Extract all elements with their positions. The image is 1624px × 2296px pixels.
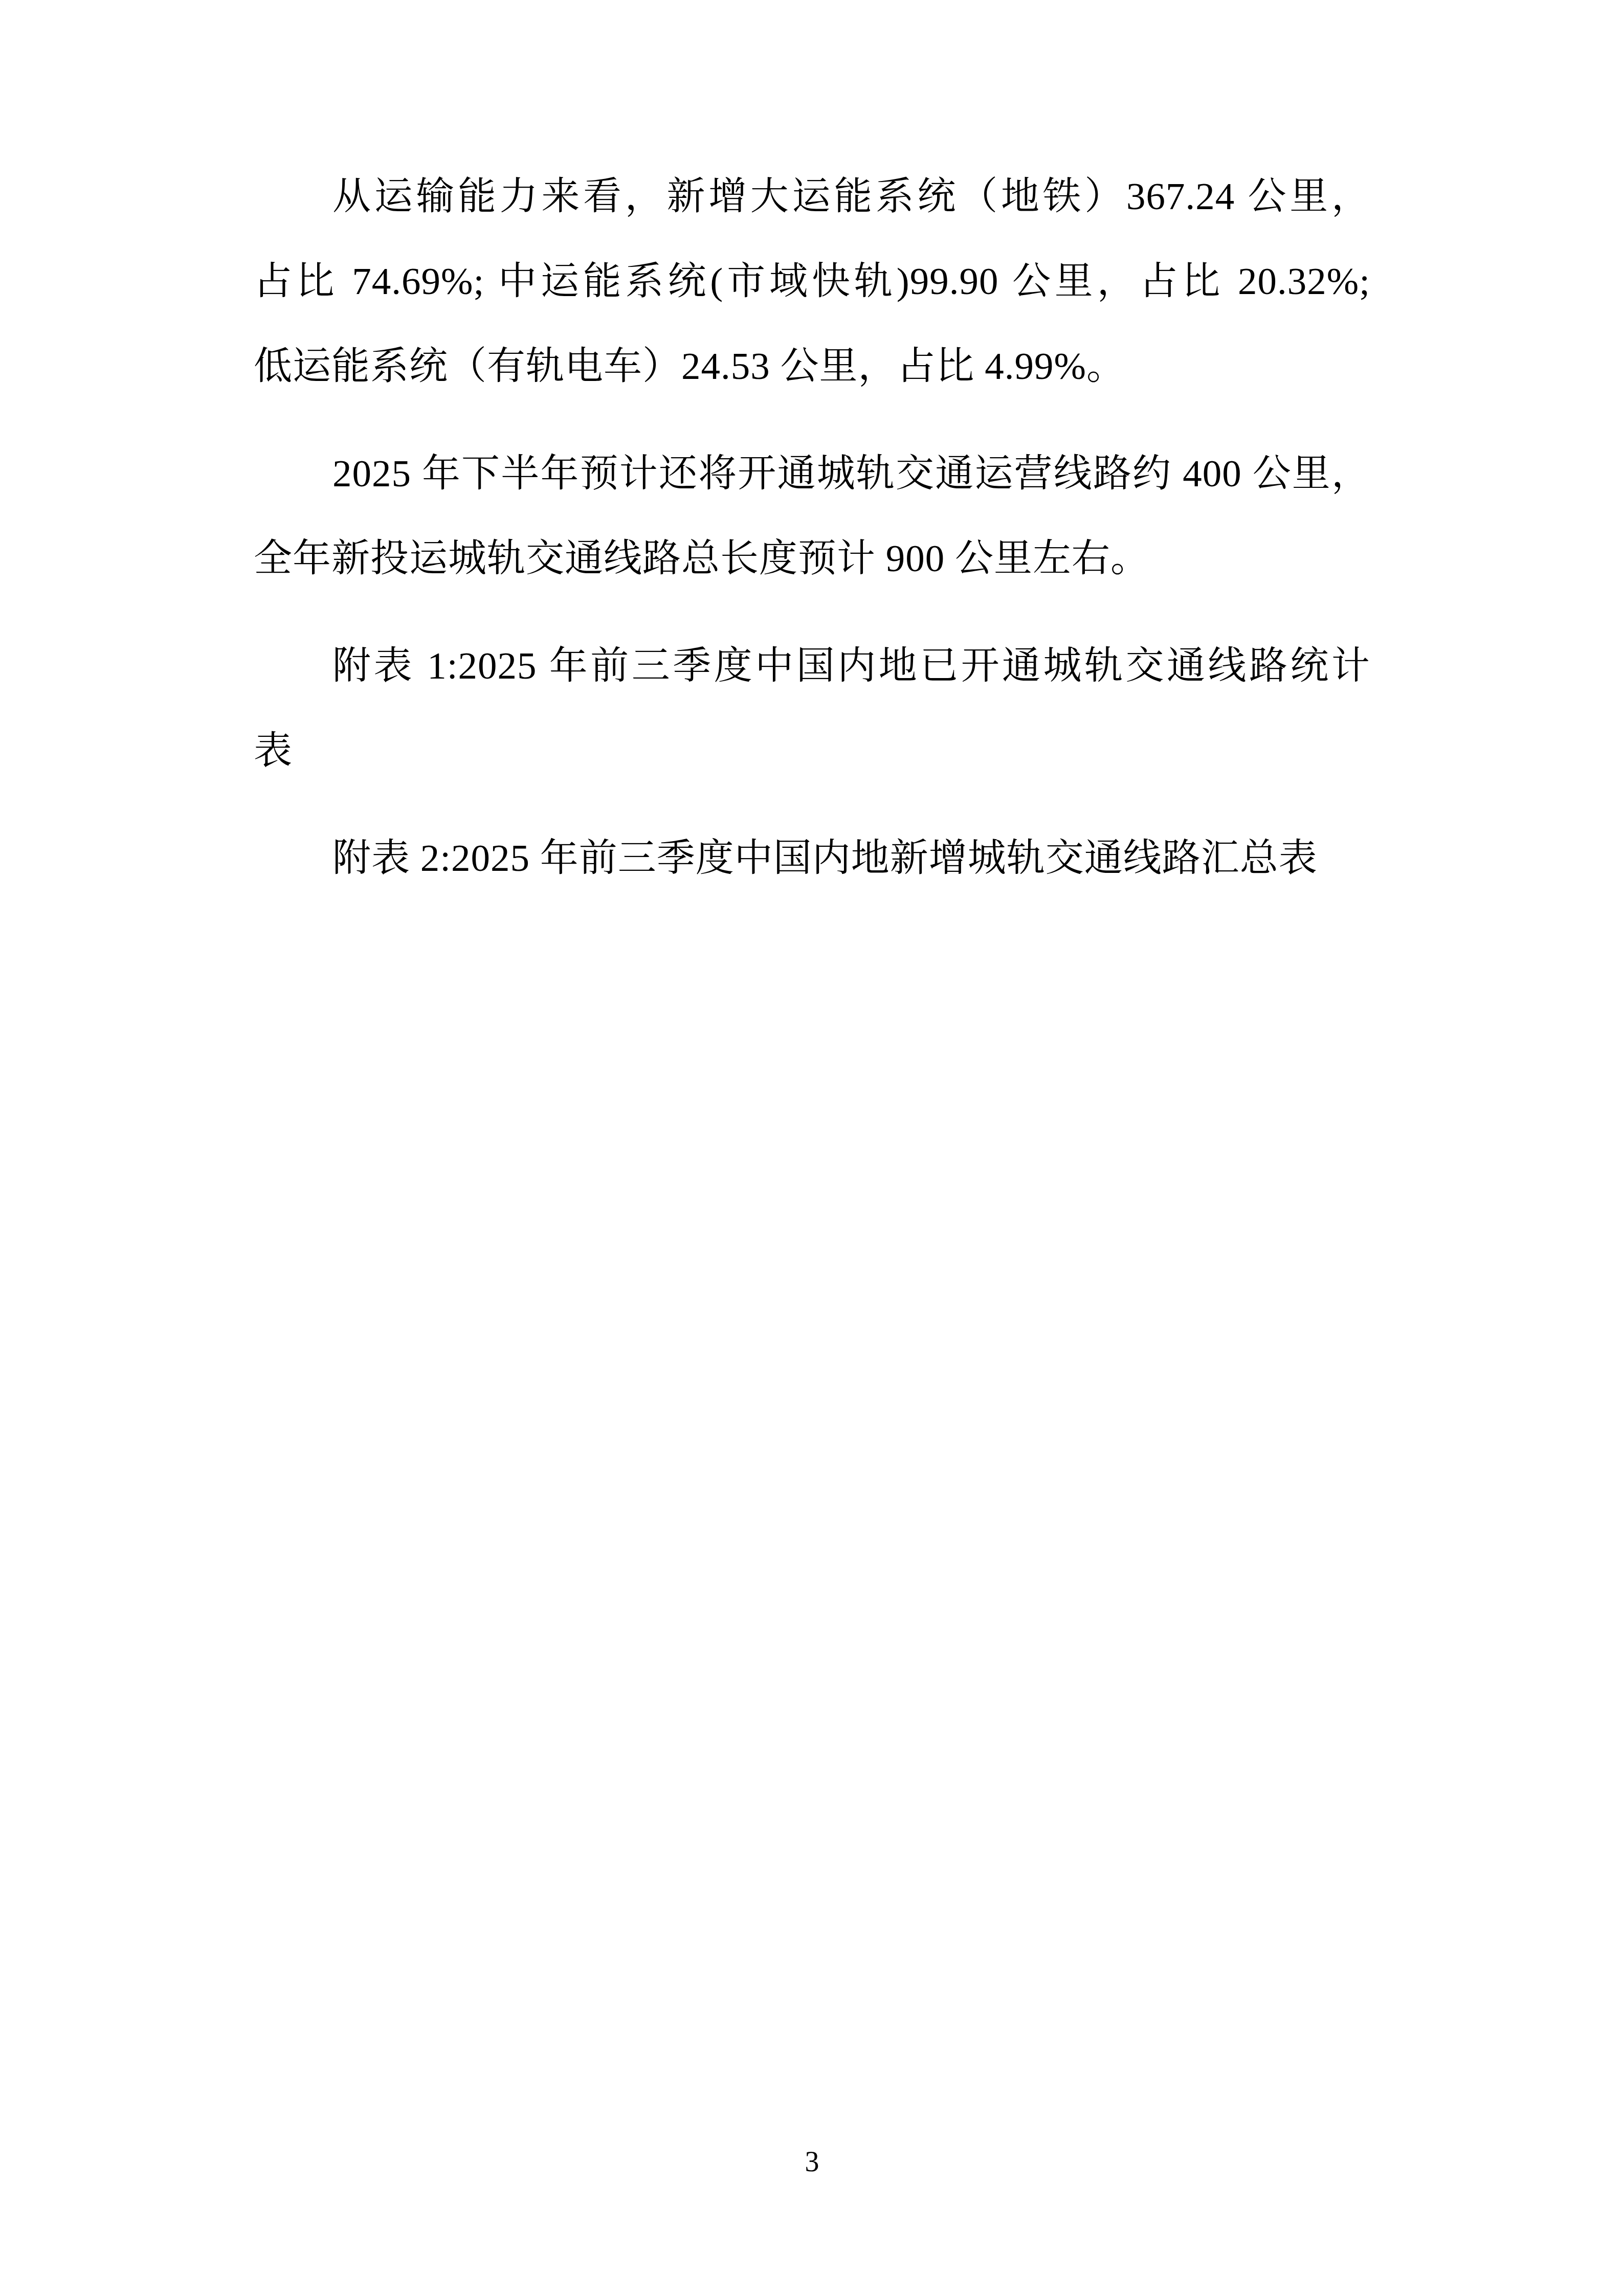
body-line-low-capacity: 低运能系统（有轨电车）24.53 公里，占比 4.99%。 <box>254 345 1370 389</box>
document-page: 从运输能力来看，新增大运能系统（地铁）367.24 公里， 占比 74.69%;… <box>0 0 1624 2296</box>
body-line-fullyear-forecast: 全年新投运城轨交通线路总长度预计 900 公里左右。 <box>254 537 1370 581</box>
page-footer: 3 <box>0 2146 1624 2178</box>
body-line-transport-capacity-intro: 从运输能力来看，新增大运能系统（地铁）367.24 公里， <box>254 175 1370 219</box>
body-line-appendix2-title: 附表 2:2025 年前三季度中国内地新增城轨交通线路汇总表 <box>254 837 1370 881</box>
page-number: 3 <box>805 2146 819 2178</box>
body-line-capacity-shares: 占比 74.69%; 中运能系统(市域快轨)99.90 公里，占比 20.32%… <box>254 260 1370 304</box>
body-line-h2-forecast: 2025 年下半年预计还将开通城轨交通运营线路约 400 公里， <box>254 452 1370 496</box>
body-line-appendix1-title-wrap: 表 <box>254 729 1370 773</box>
body-line-appendix1-title: 附表 1:2025 年前三季度中国内地已开通城轨交通线路统计 <box>254 644 1370 688</box>
document-body: 从运输能力来看，新增大运能系统（地铁）367.24 公里， 占比 74.69%;… <box>0 0 1624 2296</box>
